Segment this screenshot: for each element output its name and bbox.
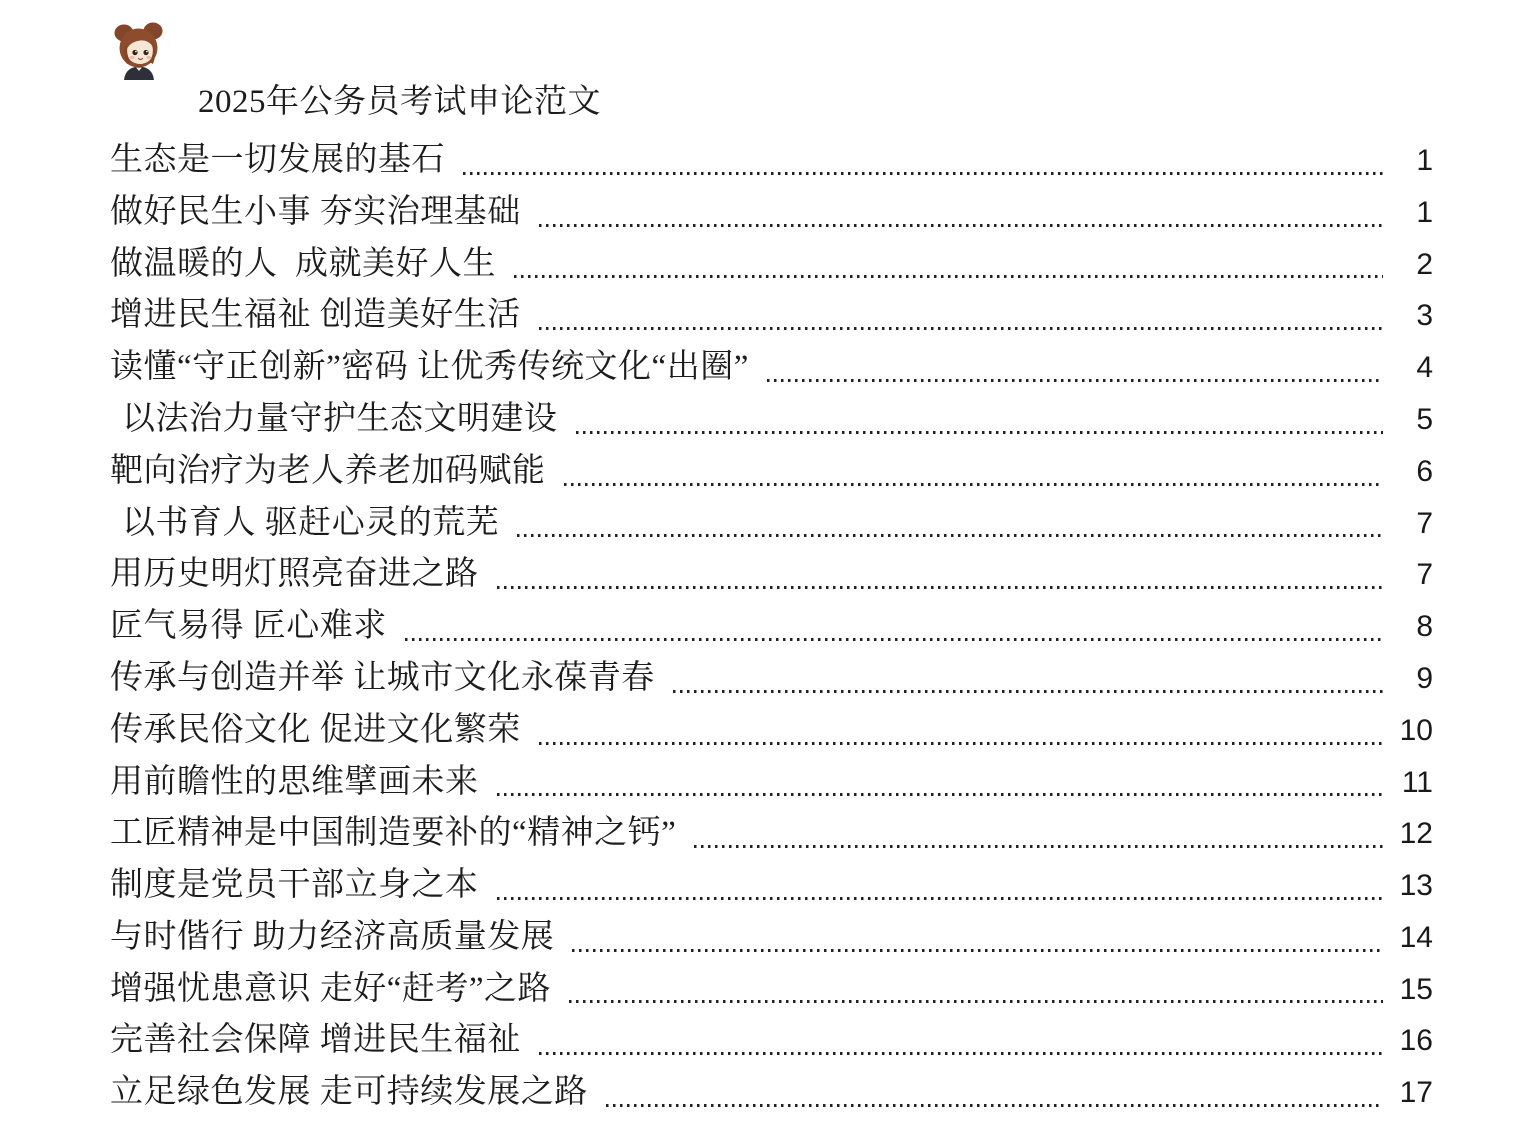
document-title: 2025年公务员考试申论范文: [198, 83, 1538, 122]
dot-leader: [576, 431, 1384, 434]
toc-entry-page-number: 16: [1387, 1015, 1433, 1067]
document-page: 2025年公务员考试申论范文 生态是一切发展的基石 1 做好民生小事 夯实治理基…: [0, 0, 1538, 1122]
toc-entry-title: 立足绿色发展 走可持续发展之路: [110, 1067, 588, 1119]
dot-leader: [694, 845, 1383, 848]
dot-leader: [497, 793, 1384, 796]
dot-leader: [497, 586, 1384, 589]
dot-leader: [405, 638, 1383, 641]
toc-entry-title: 生态是一切发展的基石: [110, 135, 445, 187]
toc-entry-title: 工匠精神是中国制造要补的“精神之钙”: [110, 808, 676, 860]
toc-entry[interactable]: 做温暖的人 成就美好人生 2: [0, 239, 1538, 291]
dot-leader: [569, 1000, 1383, 1003]
toc-entry-title: 完善社会保障 增进民生福祉: [110, 1015, 521, 1067]
toc-entry[interactable]: 传承民俗文化 促进文化繁荣 10: [0, 705, 1538, 757]
toc-entry-page-number: 2: [1387, 239, 1433, 291]
dot-leader: [606, 1104, 1383, 1107]
toc-entry-title: 用前瞻性的思维擘画未来: [110, 757, 479, 809]
dot-leader: [539, 742, 1383, 745]
dot-leader: [539, 224, 1383, 227]
toc-entry-title: 读懂“守正创新”密码 让优秀传统文化“出圈”: [110, 342, 749, 394]
toc-entry[interactable]: 靶向治疗为老人养老加码赋能 6: [0, 446, 1538, 498]
dot-leader: [539, 1052, 1383, 1055]
toc-entry-page-number: 14: [1387, 912, 1433, 964]
toc-entry-page-number: 12: [1387, 808, 1433, 860]
toc-entry[interactable]: 读懂“守正创新”密码 让优秀传统文化“出圈” 4: [0, 342, 1538, 394]
toc-entry-title: 增进民生福祉 创造美好生活: [110, 290, 521, 342]
toc-entry[interactable]: 增强忧患意识 走好“赶考”之路 15: [0, 964, 1538, 1016]
table-of-contents: 生态是一切发展的基石 1 做好民生小事 夯实治理基础 1 做温暖的人 成就美好人…: [0, 135, 1538, 1119]
toc-entry-page-number: 1: [1387, 187, 1433, 239]
toc-entry[interactable]: 制度是党员干部立身之本 13: [0, 860, 1538, 912]
toc-entry[interactable]: 做好民生小事 夯实治理基础 1: [0, 187, 1538, 239]
toc-entry-page-number: 13: [1387, 860, 1433, 912]
toc-entry[interactable]: 与时偕行 助力经济高质量发展 14: [0, 912, 1538, 964]
dot-leader: [767, 379, 1383, 382]
toc-entry[interactable]: 用前瞻性的思维擘画未来 11: [0, 757, 1538, 809]
toc-entry-page-number: 17: [1387, 1067, 1433, 1119]
toc-entry[interactable]: 立足绿色发展 走可持续发展之路 17: [0, 1067, 1538, 1119]
toc-entry-page-number: 6: [1387, 446, 1433, 498]
toc-entry-page-number: 11: [1387, 757, 1433, 809]
toc-entry-title: 与时偕行 助力经济高质量发展: [110, 912, 554, 964]
dot-leader: [673, 690, 1383, 693]
dot-leader: [572, 949, 1383, 952]
toc-entry[interactable]: 工匠精神是中国制造要补的“精神之钙” 12: [0, 808, 1538, 860]
toc-entry[interactable]: 匠气易得 匠心难求 8: [0, 601, 1538, 653]
toc-entry-page-number: 10: [1387, 705, 1433, 757]
toc-entry-title: 靶向治疗为老人养老加码赋能: [110, 446, 546, 498]
toc-entry-page-number: 3: [1387, 290, 1433, 342]
toc-entry-title: 匠气易得 匠心难求: [110, 601, 387, 653]
toc-entry-page-number: 9: [1387, 653, 1433, 705]
dot-leader: [517, 534, 1383, 537]
toc-entry-title: 做好民生小事 夯实治理基础: [110, 187, 521, 239]
dot-leader: [564, 483, 1384, 486]
toc-entry-title: 用历史明灯照亮奋进之路: [110, 549, 479, 601]
toc-entry-page-number: 4: [1387, 342, 1433, 394]
toc-entry-page-number: 7: [1387, 549, 1433, 601]
toc-entry[interactable]: 用历史明灯照亮奋进之路 7: [0, 549, 1538, 601]
toc-entry-title: 增强忧患意识 走好“赶考”之路: [110, 964, 551, 1016]
toc-entry-title: 传承民俗文化 促进文化繁荣: [110, 705, 521, 757]
toc-entry-page-number: 7: [1387, 498, 1433, 550]
dot-leader: [514, 275, 1383, 278]
toc-entry[interactable]: 传承与创造并举 让城市文化永葆青春 9: [0, 653, 1538, 705]
toc-entry-page-number: 8: [1387, 601, 1433, 653]
dot-leader: [539, 327, 1383, 330]
toc-entry-title: 传承与创造并举 让城市文化永葆青春: [110, 653, 655, 705]
toc-entry-page-number: 15: [1387, 964, 1433, 1016]
toc-entry-title: 制度是党员干部立身之本: [110, 860, 479, 912]
toc-entry[interactable]: 生态是一切发展的基石 1: [0, 135, 1538, 187]
toc-entry[interactable]: 以书育人 驱赶心灵的荒芜 7: [0, 498, 1538, 550]
toc-entry-page-number: 5: [1387, 394, 1433, 446]
toc-entry[interactable]: 以法治力量守护生态文明建设 5: [0, 394, 1538, 446]
toc-entry[interactable]: 增进民生福祉 创造美好生活 3: [0, 290, 1538, 342]
dot-leader: [463, 172, 1383, 175]
girl-avatar-icon: [112, 22, 166, 80]
toc-entry-title: 以书育人 驱赶心灵的荒芜: [122, 498, 499, 550]
toc-entry[interactable]: 完善社会保障 增进民生福祉 16: [0, 1015, 1538, 1067]
toc-entry-page-number: 1: [1387, 135, 1433, 187]
toc-entry-title: 做温暖的人 成就美好人生: [110, 239, 496, 291]
document-header: 2025年公务员考试申论范文: [0, 0, 1538, 122]
toc-entry-title: 以法治力量守护生态文明建设: [122, 394, 558, 446]
dot-leader: [497, 897, 1384, 900]
